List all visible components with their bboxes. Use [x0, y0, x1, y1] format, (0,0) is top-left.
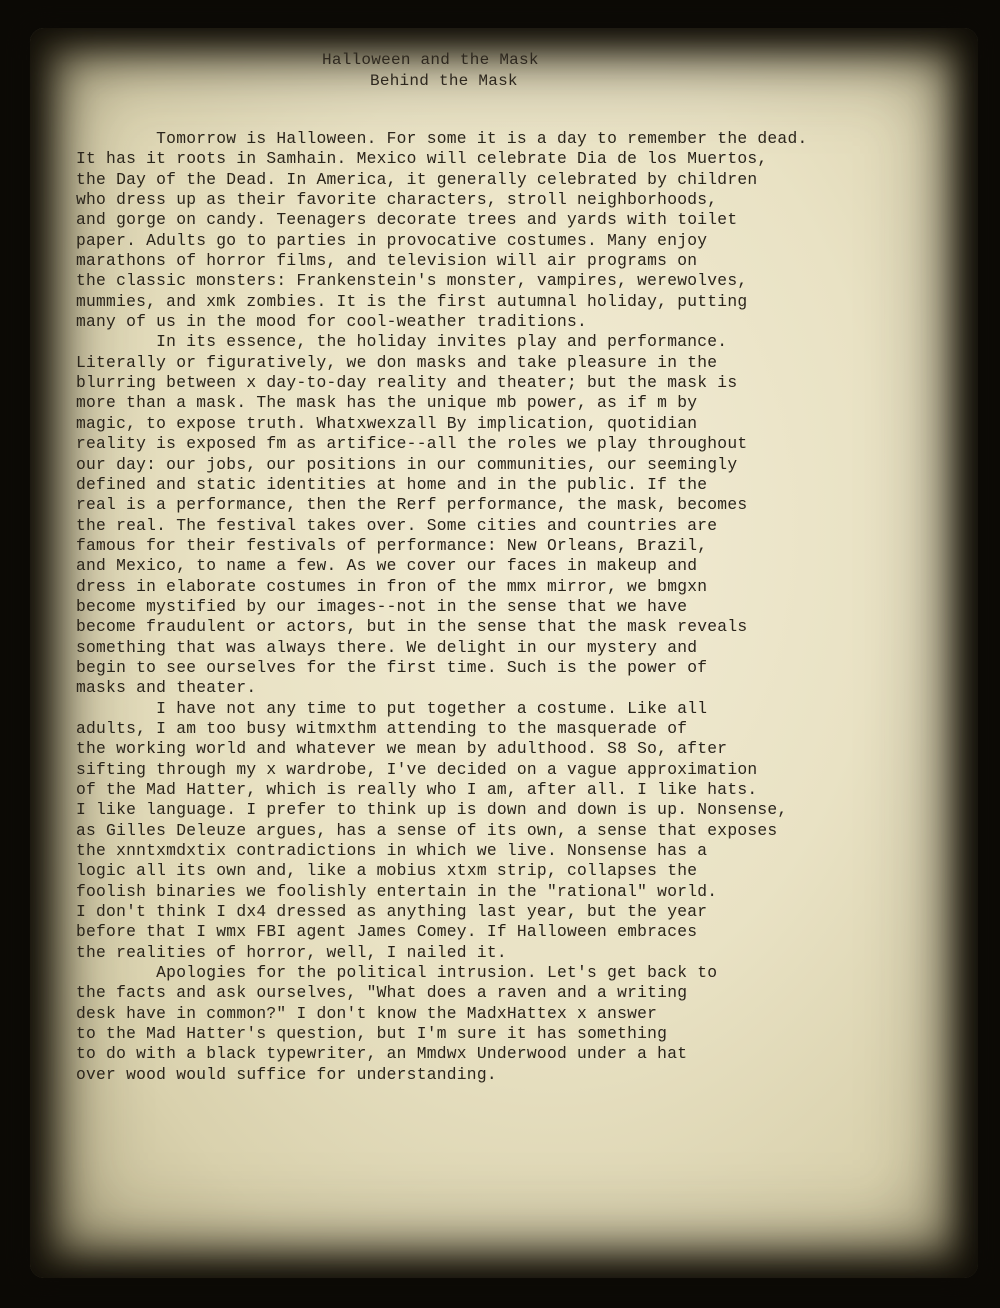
text-line: the realities of horror, well, I nailed …: [76, 943, 976, 963]
text-line: I don't think I dx4 dressed as anything …: [76, 902, 976, 922]
typewritten-document: Halloween and the Mask Behind the Mask T…: [76, 50, 976, 1085]
text-line: and gorge on candy. Teenagers decorate t…: [76, 210, 976, 230]
text-line: over wood would suffice for understandin…: [76, 1065, 976, 1085]
text-line: the real. The festival takes over. Some …: [76, 516, 976, 536]
text-line: Apologies for the political intrusion. L…: [76, 963, 976, 983]
text-line: as Gilles Deleuze argues, has a sense of…: [76, 821, 976, 841]
text-line: the xnntxmdxtix contradictions in which …: [76, 841, 976, 861]
text-line: magic, to expose truth. Whatxwexzall By …: [76, 414, 976, 434]
text-line: Tomorrow is Halloween. For some it is a …: [76, 129, 976, 149]
text-line: sifting through my x wardrobe, I've deci…: [76, 760, 976, 780]
photo-frame: Halloween and the Mask Behind the Mask T…: [0, 0, 1000, 1308]
text-line: dress in elaborate costumes in fron of t…: [76, 577, 976, 597]
text-line: foolish binaries we foolishly entertain …: [76, 882, 976, 902]
text-line: blurring between x day-to-day reality an…: [76, 373, 976, 393]
text-line: desk have in common?" I don't know the M…: [76, 1004, 976, 1024]
text-line: I like language. I prefer to think up is…: [76, 800, 976, 820]
text-line: many of us in the mood for cool-weather …: [76, 312, 976, 332]
text-line: to the Mad Hatter's question, but I'm su…: [76, 1024, 976, 1044]
text-line: more than a mask. The mask has the uniqu…: [76, 393, 976, 413]
document-body: Tomorrow is Halloween. For some it is a …: [76, 129, 976, 1085]
text-line: who dress up as their favorite character…: [76, 190, 976, 210]
text-line: our day: our jobs, our positions in our …: [76, 455, 976, 475]
text-line: I have not any time to put together a co…: [76, 699, 976, 719]
text-line: something that was always there. We deli…: [76, 638, 976, 658]
text-line: become fraudulent or actors, but in the …: [76, 617, 976, 637]
document-title: Halloween and the Mask: [76, 50, 976, 71]
text-line: the facts and ask ourselves, "What does …: [76, 983, 976, 1003]
text-line: defined and static identities at home an…: [76, 475, 976, 495]
text-line: the Day of the Dead. In America, it gene…: [76, 170, 976, 190]
text-line: to do with a black typewriter, an Mmdwx …: [76, 1044, 976, 1064]
text-line: become mystified by our images--not in t…: [76, 597, 976, 617]
text-line: of the Mad Hatter, which is really who I…: [76, 780, 976, 800]
text-line: begin to see ourselves for the first tim…: [76, 658, 976, 678]
text-line: paper. Adults go to parties in provocati…: [76, 231, 976, 251]
text-line: It has it roots in Samhain. Mexico will …: [76, 149, 976, 169]
text-line: the working world and whatever we mean b…: [76, 739, 976, 759]
text-line: masks and theater.: [76, 678, 976, 698]
text-line: Literally or figuratively, we don masks …: [76, 353, 976, 373]
document-subtitle: Behind the Mask: [76, 71, 976, 92]
text-line: In its essence, the holiday invites play…: [76, 332, 976, 352]
text-line: the classic monsters: Frankenstein's mon…: [76, 271, 976, 291]
text-line: famous for their festivals of performanc…: [76, 536, 976, 556]
text-line: marathons of horror films, and televisio…: [76, 251, 976, 271]
text-line: and Mexico, to name a few. As we cover o…: [76, 556, 976, 576]
text-line: mummies, and xmk zombies. It is the firs…: [76, 292, 976, 312]
text-line: before that I wmx FBI agent James Comey.…: [76, 922, 976, 942]
text-line: logic all its own and, like a mobius xtx…: [76, 861, 976, 881]
text-line: adults, I am too busy witmxthm attending…: [76, 719, 976, 739]
text-line: reality is exposed fm as artifice--all t…: [76, 434, 976, 454]
text-line: real is a performance, then the Rerf per…: [76, 495, 976, 515]
